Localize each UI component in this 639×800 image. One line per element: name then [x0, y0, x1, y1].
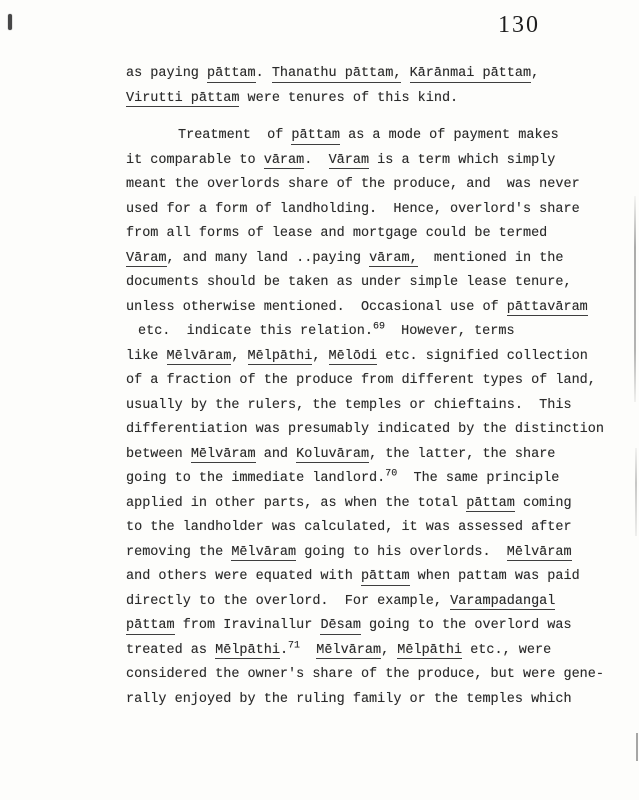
- text-run: etc. indicate this relation.: [138, 324, 373, 339]
- text-run: like: [126, 349, 167, 364]
- text-run: ,: [531, 66, 539, 81]
- text-line: between Mēlvāram and Koluvāram, the latt…: [126, 443, 626, 468]
- text-line: and others were equated with pāttam when…: [126, 565, 626, 590]
- text-line: applied in other parts, as when the tota…: [126, 492, 626, 517]
- underlined-term: Mēlvāram: [231, 545, 296, 562]
- text-line: Treatment of pāttam as a mode of payment…: [126, 124, 626, 149]
- text-run: going to the immediate landlord.: [126, 471, 385, 486]
- text-run: [300, 643, 316, 658]
- text-run: ,: [381, 643, 397, 658]
- scan-edge-line: [634, 196, 636, 402]
- text-line: removing the Mēlvāram going to his overl…: [126, 541, 626, 566]
- underlined-term: Dēsam: [320, 618, 361, 635]
- text-run: rally enjoyed by the ruling family or th…: [126, 692, 572, 707]
- underlined-term: Mēlvāram: [167, 349, 232, 366]
- scan-edge-line: [636, 733, 638, 761]
- text-line: used for a form of landholding. Hence, o…: [126, 198, 626, 223]
- text-run: from Iravinallur: [175, 618, 321, 633]
- underlined-term: pāttam: [361, 569, 410, 586]
- underlined-term: Mēlvāram: [316, 643, 381, 660]
- underlined-term: Koluvāram: [296, 447, 369, 464]
- text-line: etc. indicate this relation.69 However, …: [126, 320, 626, 345]
- text-run: from all forms of lease and mortgage cou…: [126, 226, 547, 241]
- text-run: as a mode of payment makes: [340, 128, 559, 143]
- text-run: differentiation was presumably indicated…: [126, 422, 604, 437]
- text-run: etc. signified collection: [377, 349, 588, 364]
- text-run: coming: [515, 496, 572, 511]
- text-run: were tenures of this kind.: [239, 91, 458, 106]
- text-run: documents should be taken as under simpl…: [126, 275, 572, 290]
- text-run: going to his overlords.: [296, 545, 507, 560]
- text-run: mentioned in the: [418, 251, 564, 266]
- text-line: to the landholder was calculated, it was…: [126, 516, 626, 541]
- text-line: considered the owner's share of the prod…: [126, 663, 626, 688]
- underlined-term: Varampadangal: [450, 594, 555, 611]
- text-run: , the latter, the share: [369, 447, 555, 462]
- scan-edge-line: [635, 448, 637, 536]
- text-run: applied in other parts, as when the tota…: [126, 496, 466, 511]
- text-line: pāttam from Iravinallur Dēsam going to t…: [126, 614, 626, 639]
- page-number: 130: [498, 12, 540, 39]
- text-run: as paying: [126, 66, 207, 81]
- underlined-term: Kārānmai pāttam: [410, 66, 532, 83]
- text-run: .: [256, 66, 272, 81]
- text-line: unless otherwise mentioned. Occasional u…: [126, 296, 626, 321]
- text-run: ,: [312, 349, 328, 364]
- text-run: between: [126, 447, 191, 462]
- text-run: directly to the overlord. For example,: [126, 594, 450, 609]
- text-run: ,: [231, 349, 247, 364]
- footnote-reference: 71: [288, 640, 300, 651]
- text-line: treated as Mēlpāthi.71 Mēlvāram, Mēlpāth…: [126, 639, 626, 664]
- text-run: The same principle: [397, 471, 559, 486]
- text-run: considered the owner's share of the prod…: [126, 667, 604, 682]
- text-line: it comparable to vāram. Vāram is a term …: [126, 149, 626, 174]
- text-run: and others were equated with: [126, 569, 361, 584]
- underlined-term: pāttam: [207, 66, 256, 83]
- underlined-term: pāttavāram: [507, 300, 588, 317]
- text-run: going to the overlord was: [361, 618, 572, 633]
- text-run: [401, 66, 409, 81]
- text-line: Virutti pāttam were tenures of this kind…: [126, 87, 626, 112]
- text-run: etc., were: [462, 643, 551, 658]
- text-run: .: [304, 153, 328, 168]
- text-run: removing the: [126, 545, 231, 560]
- text-line: from all forms of lease and mortgage cou…: [126, 222, 626, 247]
- text-run: it comparable to: [126, 153, 264, 168]
- text-run: unless otherwise mentioned. Occasional u…: [126, 300, 507, 315]
- text-run: Treatment of: [178, 128, 291, 143]
- text-line: as paying pāttam. Thanathu pāttam, Kārān…: [126, 62, 626, 87]
- underlined-term: Virutti pāttam: [126, 91, 239, 108]
- underlined-term: vāram: [264, 153, 305, 170]
- text-line: usually by the rulers, the temples or ch…: [126, 394, 626, 419]
- text-line: like Mēlvāram, Mēlpāthi, Mēlōdi etc. sig…: [126, 345, 626, 370]
- underlined-term: pāttam: [291, 128, 340, 145]
- body-text: as paying pāttam. Thanathu pāttam, Kārān…: [126, 62, 626, 712]
- underlined-term: Mēlpāthi: [248, 349, 313, 366]
- underlined-term: Vāram: [126, 251, 167, 268]
- text-run: , and many land ..paying: [167, 251, 370, 266]
- footnote-reference: 69: [373, 322, 385, 333]
- text-run: used for a form of landholding. Hence, o…: [126, 202, 580, 217]
- underlined-term: Thanathu pāttam,: [272, 66, 402, 83]
- text-line: meant the overlords share of the produce…: [126, 173, 626, 198]
- text-line: going to the immediate landlord.70 The s…: [126, 467, 626, 492]
- text-line: rally enjoyed by the ruling family or th…: [126, 688, 626, 713]
- underlined-term: Mēlpāthi: [397, 643, 462, 660]
- text-run: is a term which simply: [369, 153, 555, 168]
- underlined-term: vāram,: [369, 251, 418, 268]
- text-line: directly to the overlord. For example, V…: [126, 590, 626, 615]
- text-run: and: [256, 447, 297, 462]
- text-run: usually by the rulers, the temples or ch…: [126, 398, 572, 413]
- text-line: differentiation was presumably indicated…: [126, 418, 626, 443]
- underlined-term: Vāram: [329, 153, 370, 170]
- underlined-term: Mēlvāram: [191, 447, 256, 464]
- text-line: Vāram, and many land ..paying vāram, men…: [126, 247, 626, 272]
- underlined-term: pāttam: [126, 618, 175, 635]
- footnote-reference: 70: [385, 469, 397, 480]
- scan-artifact-mark: [8, 14, 12, 30]
- text-run: treated as: [126, 643, 215, 658]
- text-line: documents should be taken as under simpl…: [126, 271, 626, 296]
- text-line: of a fraction of the produce from differ…: [126, 369, 626, 394]
- scanned-document-page: 130 as paying pāttam. Thanathu pāttam, K…: [0, 0, 639, 800]
- text-run: when pattam was paid: [410, 569, 580, 584]
- text-run: to the landholder was calculated, it was…: [126, 520, 572, 535]
- underlined-term: Mēlpāthi: [215, 643, 280, 660]
- text-run: meant the overlords share of the produce…: [126, 177, 580, 192]
- underlined-term: Mēlvāram: [507, 545, 572, 562]
- text-run: of a fraction of the produce from differ…: [126, 373, 596, 388]
- text-run: However, terms: [385, 324, 515, 339]
- underlined-term: pāttam: [466, 496, 515, 513]
- text-run: .: [280, 643, 288, 658]
- underlined-term: Mēlōdi: [329, 349, 378, 366]
